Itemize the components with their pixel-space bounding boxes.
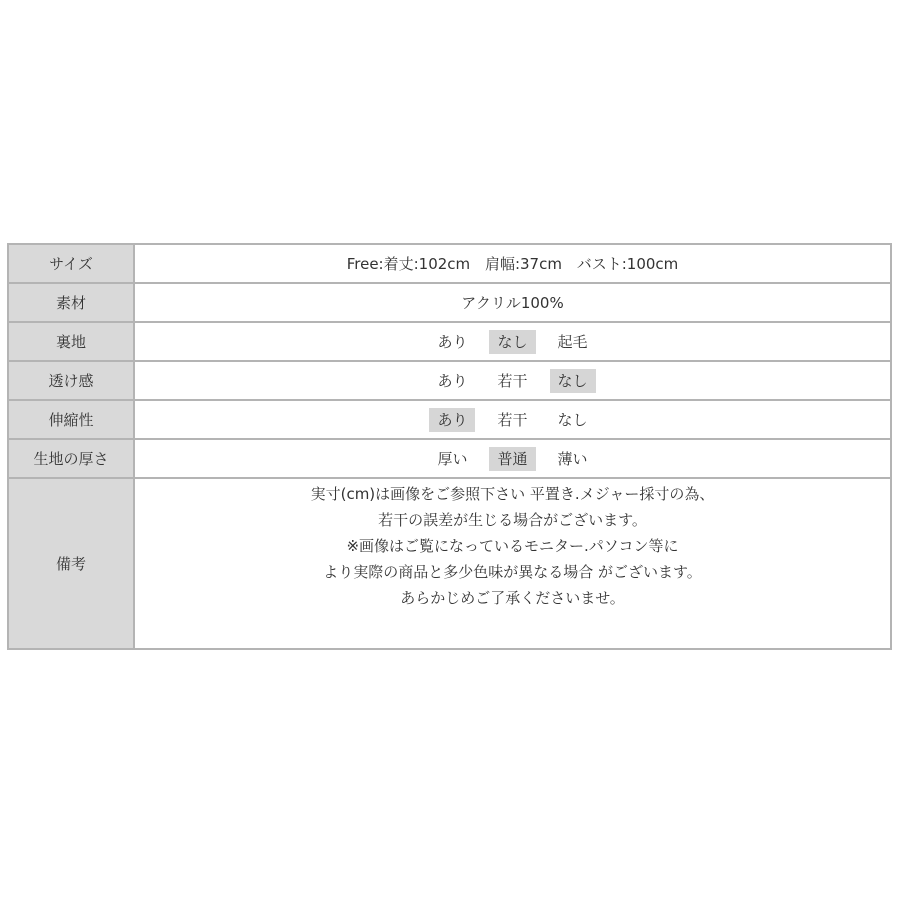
stretch-option-slight: 若干 bbox=[489, 408, 535, 432]
notes-line: あらかじめご了承くださいませ。 bbox=[135, 585, 890, 611]
size-value: Free:着丈:102cm 肩幅:37cm バスト:100cm bbox=[134, 244, 891, 283]
thickness-row: 生地の厚さ 厚い 普通 薄い bbox=[8, 439, 891, 478]
lining-row: 裏地 あり なし 起毛 bbox=[8, 322, 891, 361]
notes-label: 備考 bbox=[8, 478, 134, 649]
lining-label: 裏地 bbox=[8, 322, 134, 361]
size-shoulder: 肩幅:37cm bbox=[485, 255, 562, 273]
notes-line: より実際の商品と多少色味が異なる場合 がございます。 bbox=[135, 559, 890, 585]
notes-text: 実寸(cm)は画像をご参照下さい 平置き.メジャー採寸の為、 若干の誤差が生じる… bbox=[134, 478, 891, 649]
size-row: サイズ Free:着丈:102cm 肩幅:37cm バスト:100cm bbox=[8, 244, 891, 283]
size-bust: バスト:100cm bbox=[577, 255, 679, 273]
stretch-label: 伸縮性 bbox=[8, 400, 134, 439]
thickness-option-normal-selected: 普通 bbox=[489, 447, 535, 471]
stretch-option-no: なし bbox=[550, 408, 596, 432]
stretch-row: 伸縮性 あり 若干 なし bbox=[8, 400, 891, 439]
lining-option-yes: あり bbox=[429, 330, 475, 354]
size-length: Free:着丈:102cm bbox=[347, 255, 470, 273]
sheerness-option-no-selected: なし bbox=[550, 369, 596, 393]
thickness-label: 生地の厚さ bbox=[8, 439, 134, 478]
sheerness-option-yes: あり bbox=[429, 369, 475, 393]
sheerness-row: 透け感 あり 若干 なし bbox=[8, 361, 891, 400]
stretch-option-yes-selected: あり bbox=[429, 408, 475, 432]
product-spec-table: サイズ Free:着丈:102cm 肩幅:37cm バスト:100cm 素材 ア… bbox=[7, 243, 892, 650]
thickness-option-thin: 薄い bbox=[550, 447, 596, 471]
sheerness-label: 透け感 bbox=[8, 361, 134, 400]
sheerness-option-slight: 若干 bbox=[489, 369, 535, 393]
lining-option-brushed: 起毛 bbox=[550, 330, 596, 354]
size-label: サイズ bbox=[8, 244, 134, 283]
notes-line: ※画像はご覧になっているモニター.パソコン等に bbox=[135, 533, 890, 559]
thickness-option-thick: 厚い bbox=[429, 447, 475, 471]
material-row: 素材 アクリル100% bbox=[8, 283, 891, 322]
notes-row: 備考 実寸(cm)は画像をご参照下さい 平置き.メジャー採寸の為、 若干の誤差が… bbox=[8, 478, 891, 649]
notes-line: 若干の誤差が生じる場合がございます。 bbox=[135, 507, 890, 533]
material-value: アクリル100% bbox=[134, 283, 891, 322]
notes-line: 実寸(cm)は画像をご参照下さい 平置き.メジャー採寸の為、 bbox=[135, 481, 890, 507]
material-label: 素材 bbox=[8, 283, 134, 322]
lining-option-no-selected: なし bbox=[489, 330, 535, 354]
